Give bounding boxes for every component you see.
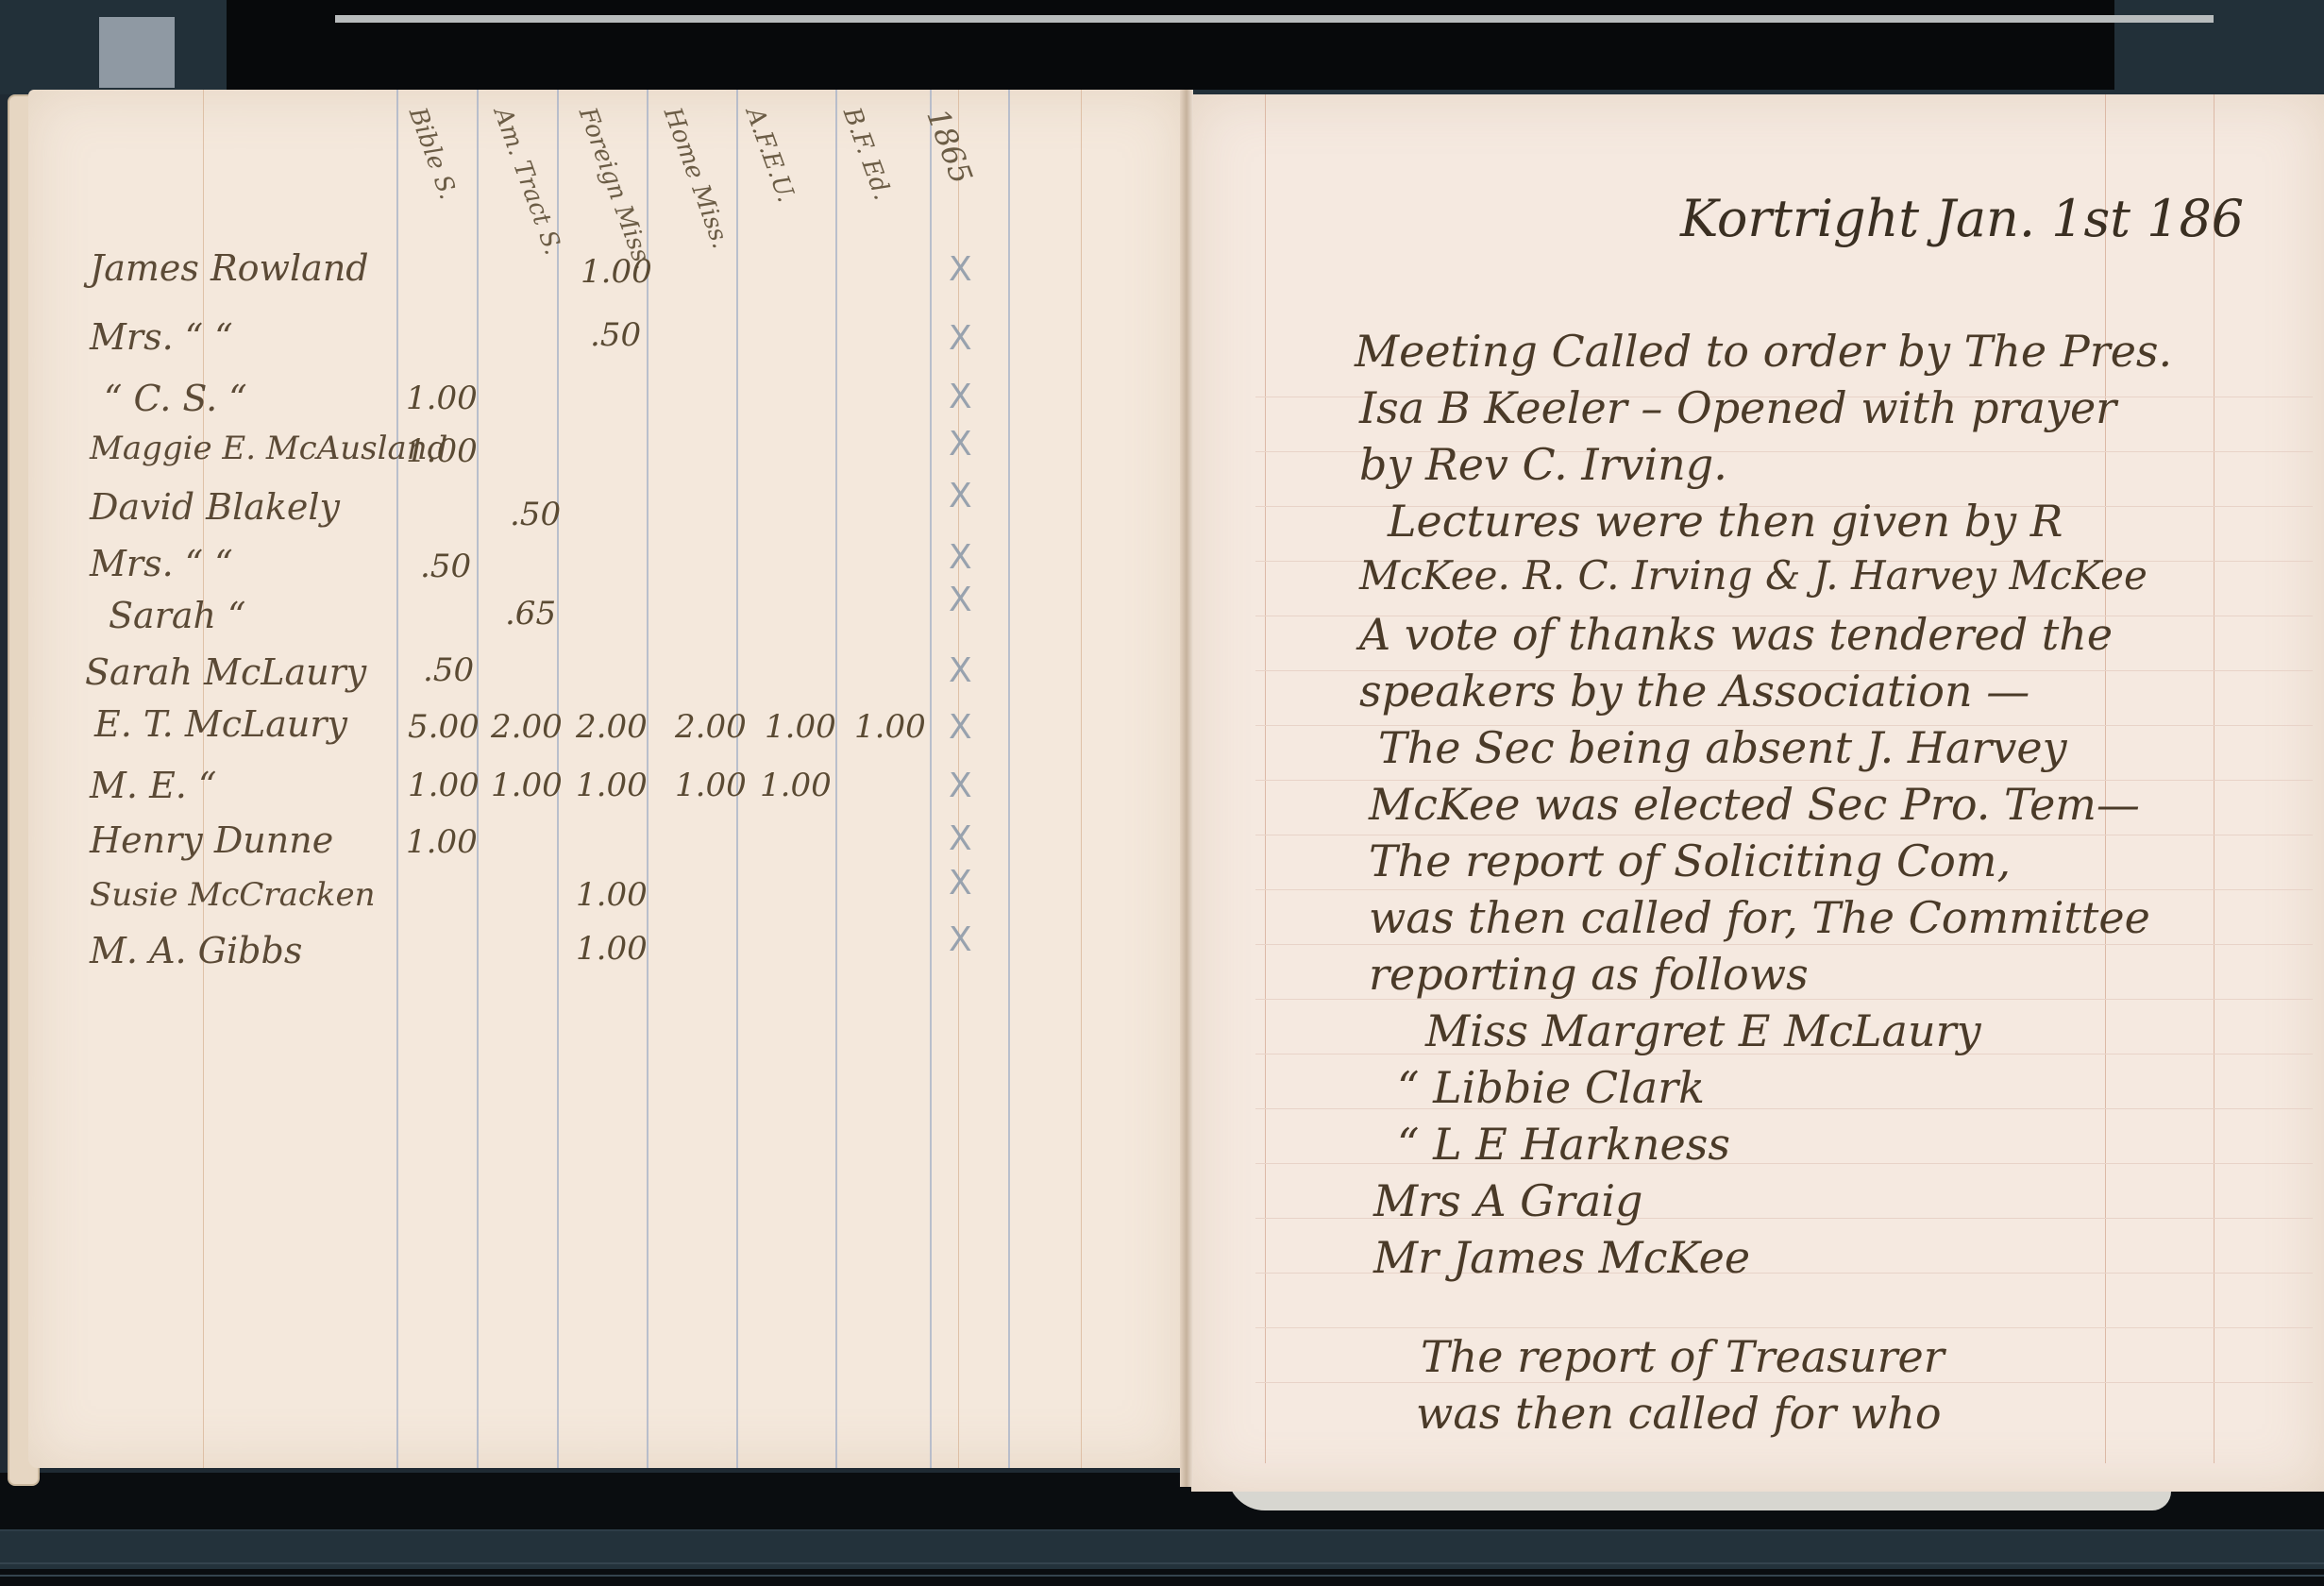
check-x-mark: X — [949, 651, 972, 690]
margin-rule — [1265, 94, 1266, 1463]
minutes-line: Meeting Called to order by The Pres. — [1355, 326, 2172, 377]
amount-foreign: .50 — [590, 316, 641, 354]
check-x-mark: X — [949, 920, 972, 959]
minutes-line: was then called for, The Committee — [1369, 892, 2150, 943]
scanner-strip — [335, 15, 2214, 23]
margin-rule — [2214, 94, 2215, 1463]
amount-tract: .65 — [505, 595, 556, 633]
check-x-mark: X — [949, 581, 972, 619]
amount-bible: .50 — [420, 548, 471, 585]
check-x-mark: X — [949, 425, 972, 464]
ledger-row-name: Mrs. “ “ — [90, 316, 233, 358]
amount-foreign: 1.00 — [576, 930, 648, 968]
minutes-line: The report of Treasurer — [1421, 1331, 1945, 1382]
amount-tract: 2.00 — [491, 708, 563, 746]
ledger-row-name: Maggie E. McAusland — [90, 430, 447, 467]
ledger-row-name: James Rowland — [90, 247, 369, 289]
amount-bible: 1.00 — [406, 432, 478, 470]
column-rule — [1008, 90, 1010, 1468]
minutes-heading: Kortright Jan. 1st 186 — [1680, 189, 2244, 248]
amount-foreign: 2.00 — [576, 708, 648, 746]
amount-tract: 1.00 — [491, 767, 563, 804]
minutes-line: Isa B Keeler – Opened with prayer — [1359, 382, 2116, 433]
committee-member: “ L E Harkness — [1397, 1119, 1730, 1170]
column-rule — [396, 90, 398, 1468]
amount-bible: 1.00 — [406, 823, 478, 861]
amount-bible: .50 — [423, 651, 474, 689]
check-x-mark: X — [949, 538, 972, 577]
minutes-line: McKee was elected Sec Pro. Tem— — [1369, 779, 2140, 830]
ledger-row-name: David Blakely — [90, 486, 340, 528]
ledger-row-name: Henry Dunne — [90, 819, 333, 861]
check-x-mark: X — [949, 819, 972, 858]
amount-afeu: 1.00 — [765, 708, 836, 746]
column-rule — [930, 90, 932, 1468]
line-rule — [1255, 944, 2313, 945]
minutes-line: The Sec being absent J. Harvey — [1378, 722, 2067, 773]
line-rule — [1255, 1382, 2313, 1383]
rail-line — [0, 1562, 2324, 1564]
check-x-mark: X — [949, 250, 972, 289]
ledger-row-name: E. T. McLaury — [94, 703, 347, 745]
minutes-line: McKee. R. C. Irving & J. Harvey McKee — [1359, 552, 2147, 599]
minutes-line: was then called for who — [1416, 1388, 1942, 1439]
minutes-line: speakers by the Association — — [1359, 666, 2029, 717]
minutes-line: Lectures were then given by R — [1388, 496, 2063, 547]
amount-bible: 5.00 — [408, 708, 480, 746]
line-rule — [1255, 889, 2313, 890]
ledger-row-name: Susie McCracken — [90, 876, 376, 914]
book-gutter — [1180, 90, 1193, 1487]
scanner-bed-shadow — [227, 0, 2114, 90]
check-x-mark: X — [949, 767, 972, 805]
ledger-row-name: Sarah “ — [109, 595, 246, 636]
check-x-mark: X — [949, 319, 972, 358]
minutes-line: The report of Soliciting Com, — [1369, 835, 2011, 886]
minutes-line: A vote of thanks was tendered the — [1359, 609, 2113, 660]
amount-bible: 1.00 — [408, 767, 480, 804]
amount-tract: .50 — [510, 496, 561, 533]
ledger-row-name: Sarah McLaury — [85, 651, 366, 693]
amount-bible: 1.00 — [406, 380, 478, 417]
committee-member: Miss Margret E McLaury — [1425, 1005, 1981, 1056]
amount-foreign: 1.00 — [576, 767, 648, 804]
committee-member: Mrs A Graig — [1373, 1175, 1642, 1226]
amount-foreign: 1.00 — [576, 876, 648, 914]
amount-afeu: 1.00 — [760, 767, 832, 804]
committee-member: “ Libbie Clark — [1397, 1062, 1705, 1113]
scanner-clip — [99, 17, 175, 88]
rail-line — [0, 1575, 2324, 1577]
ledger-row-name: M. E. “ — [90, 765, 216, 806]
minutes-line: by Rev C. Irving. — [1359, 439, 1727, 490]
check-x-mark: X — [949, 864, 972, 903]
ledger-row-name: M. A. Gibbs — [90, 930, 302, 971]
check-x-mark: X — [949, 708, 972, 747]
amount-foreign: 1.00 — [581, 253, 652, 291]
committee-member: Mr James McKee — [1373, 1232, 1750, 1283]
column-rule — [1081, 90, 1082, 1468]
minutes-line: reporting as follows — [1369, 949, 1809, 1000]
ledger-row-name: Mrs. “ “ — [90, 543, 233, 584]
check-x-mark: X — [949, 378, 972, 416]
line-rule — [1255, 1327, 2313, 1328]
amount-bfed: 1.00 — [854, 708, 926, 746]
column-rule — [835, 90, 837, 1468]
ledger-row-name: “ C. S. “ — [104, 378, 247, 419]
amount-home: 2.00 — [675, 708, 747, 746]
amount-home: 1.00 — [675, 767, 747, 804]
check-x-mark: X — [949, 477, 972, 515]
